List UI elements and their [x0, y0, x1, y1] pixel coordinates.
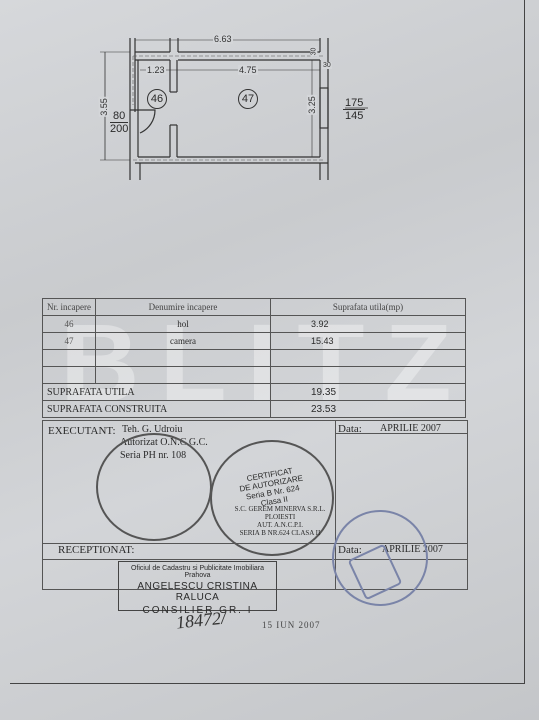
table-row	[43, 367, 466, 384]
table-header: Nr. incapere Denumire incapere Suprafata…	[43, 299, 466, 316]
header-nr: Nr. incapere	[43, 299, 96, 316]
header-area: Suprafata utila(mp)	[271, 299, 466, 316]
cell-name	[96, 350, 271, 367]
cell-area	[271, 367, 466, 384]
dim-room47-width: 4.75	[238, 65, 258, 75]
room-label-46: 46	[147, 89, 167, 109]
header-name: Denumire incapere	[96, 299, 271, 316]
dim-room46-width: 1.23	[146, 65, 166, 75]
executant-stamp-left	[96, 433, 212, 541]
usable-area-label: SUPRAFATA UTILA	[43, 384, 271, 401]
cell-nr	[43, 350, 96, 367]
door-size: 80 200	[110, 110, 128, 135]
officer-name: ANGELESCU CRISTINA RALUCA	[119, 581, 276, 603]
stamp-company-text: S.C. GEREM MINERVA S.R.L. PLOIESTI AUT. …	[220, 505, 340, 537]
dim-total-width: 6.63	[213, 34, 233, 44]
dim-total-height: 3.55	[99, 97, 109, 117]
dim-wall-top: 30	[310, 47, 317, 57]
cell-nr: 46	[43, 316, 96, 333]
cell-name: hol	[96, 316, 271, 333]
stamped-date: 15 IUN 2007	[262, 620, 321, 630]
table-row	[43, 350, 466, 367]
office-stamp: Oficiul de Cadastru si Publicitate Imobi…	[118, 561, 277, 611]
table-row: 47 camera 15.43	[43, 333, 466, 350]
built-area-value: 23.53	[271, 401, 466, 418]
floor-plan	[0, 0, 539, 200]
dim-room47-height: 3.25	[307, 95, 317, 115]
cell-area: 3.92	[271, 316, 466, 333]
cell-nr: 47	[43, 333, 96, 350]
usable-area-row: SUPRAFATA UTILA 19.35	[43, 384, 466, 401]
executant-label: EXECUTANT:	[48, 425, 116, 437]
window-height: 145	[343, 110, 365, 122]
cell-name	[96, 367, 271, 384]
dim-wall-right: 30	[322, 62, 332, 69]
built-area-label: SUPRAFATA CONSTRUITA	[43, 401, 271, 418]
cell-area: 15.43	[271, 333, 466, 350]
usable-area-value: 19.35	[271, 384, 466, 401]
executant-date-value: APRILIE 2007	[380, 423, 441, 434]
cell-area	[271, 350, 466, 367]
office-name: Oficiul de Cadastru si Publicitate Imobi…	[119, 565, 276, 579]
receptionat-label: RECEPTIONAT:	[58, 544, 134, 556]
executant-date-label: Data:	[338, 423, 362, 435]
window-size: 175 145	[343, 97, 365, 122]
cell-nr	[43, 367, 96, 384]
door-width: 80	[110, 110, 128, 123]
built-area-row: SUPRAFATA CONSTRUITA 23.53	[43, 401, 466, 418]
door-height: 200	[110, 123, 128, 135]
cell-name: camera	[96, 333, 271, 350]
table-row: 46 hol 3.92	[43, 316, 466, 333]
rooms-table: Nr. incapere Denumire incapere Suprafata…	[42, 298, 466, 418]
window-width: 175	[343, 97, 365, 110]
room-label-47: 47	[238, 89, 258, 109]
